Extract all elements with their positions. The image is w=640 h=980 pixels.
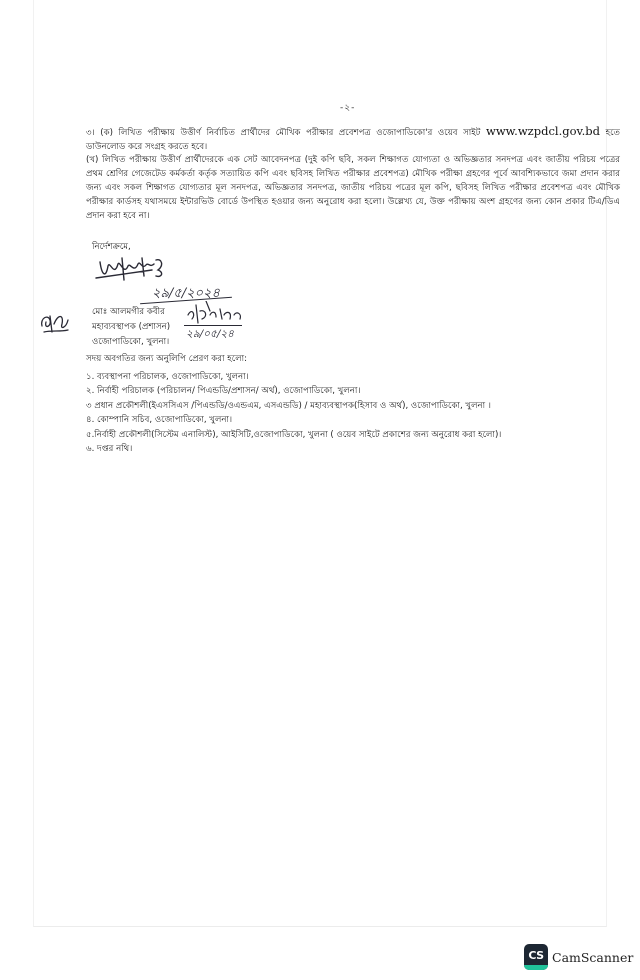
list-item: ১. ব্যবস্থাপনা পরিচালক, ওজোপাডিকো, খুলনা… — [86, 370, 501, 384]
second-signature — [186, 301, 246, 325]
paragraph-3kha: (খ) লিখিত পরীক্ষায় উত্তীর্ণ প্রার্থীদের… — [86, 153, 620, 223]
paragraph-3ka: ৩। (ক) লিখিত পরীক্ষায় উত্তীর্ণ নির্বাচি… — [86, 124, 620, 154]
list-item: ২. নির্বাহী পরিচালক (পরিচালন/ পিএন্ডডি/প… — [86, 384, 501, 398]
copy-distribution-list: ১. ব্যবস্থাপনা পরিচালক, ওজোপাডিকো, খুলনা… — [86, 370, 501, 456]
list-item: ৩ প্রধান প্রকৌশলী(ইএসসিএস /পিএন্ডডি/ওএন্… — [86, 399, 501, 413]
list-item: ৪. কোম্পানি সচিব, ওজোপাডিকো, খুলনা। — [86, 413, 501, 427]
signatory-name: মোঃ আলমগীর কবীর — [92, 305, 165, 319]
list-item: ৬. দপ্তর নথি। — [86, 442, 501, 456]
initial-mark — [38, 310, 72, 336]
signatory-office: ওজোপাডিকো, খুলনা। — [92, 335, 169, 349]
list-item: ৫.নির্বাহী প্রকৌশলী(সিস্টেম এনালিস্ট), আ… — [86, 428, 501, 442]
copy-distribution-heading: সদয় অবগতির জন্য অনুলিপি প্রেরণ করা হলো: — [86, 352, 247, 366]
website-url: www.wzpdcl.gov.bd — [486, 124, 600, 138]
paragraph-3ka-text-start: ৩। (ক) লিখিত পরীক্ষায় উত্তীর্ণ নির্বাচি… — [86, 128, 486, 138]
signatory-title: মহাব্যবস্থাপক (প্রশাসন) — [92, 320, 170, 334]
main-signature — [92, 256, 182, 284]
camscanner-logo-icon: CS — [524, 944, 548, 970]
second-signature-date: ২৯/০৫/২৪ — [186, 327, 234, 344]
page-number: -২- — [340, 100, 355, 115]
camscanner-watermark: CS CamScanner — [524, 944, 633, 970]
second-signature-underline — [184, 325, 242, 326]
closing-phrase: নির্দেশক্রমে, — [92, 240, 131, 254]
camscanner-name: CamScanner — [552, 950, 633, 965]
